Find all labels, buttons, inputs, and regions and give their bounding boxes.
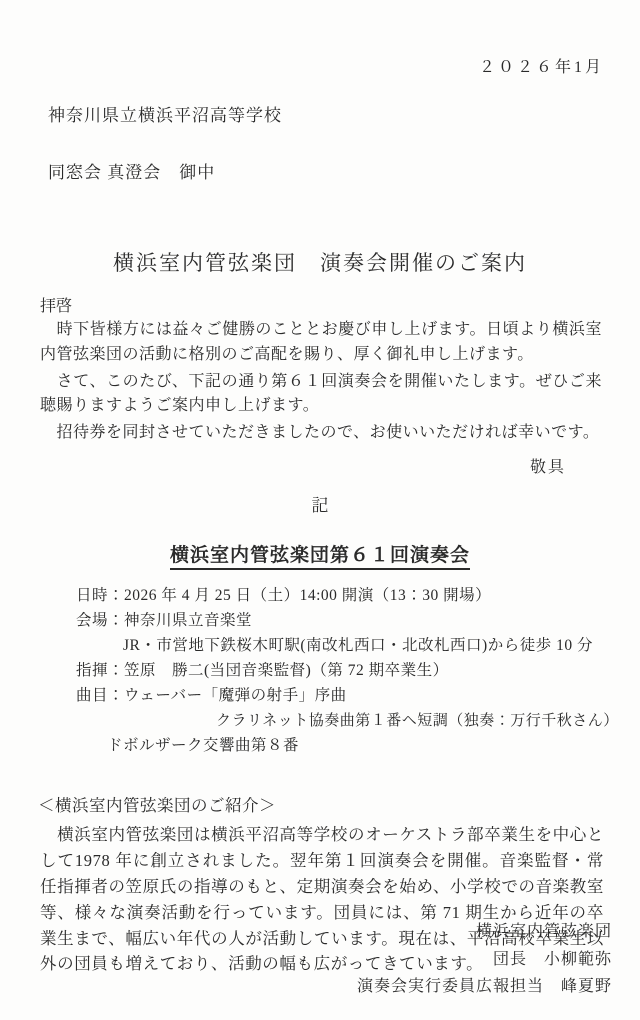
- letter-date: ２０２６年1月: [36, 54, 604, 77]
- concert-datetime: 日時：2026 年 4 月 25 日（土）14:00 開演（13：30 開場）: [76, 583, 604, 608]
- concert-venue: 会場：神奈川県立音楽堂: [76, 608, 604, 633]
- concert-details: 日時：2026 年 4 月 25 日（土）14:00 開演（13：30 開場） …: [36, 583, 604, 758]
- greeting-paragraph: 時下皆様方には益々ご健勝のこととお慶び申し上げます。日頃より横浜室内管弦楽団の活…: [36, 318, 604, 368]
- signature-organization: 横浜室内管弦楽団: [357, 918, 612, 946]
- salutation: 拝啓: [36, 293, 604, 316]
- letter-title: 横浜室内管弦楽団 演奏会開催のご案内: [36, 247, 604, 277]
- recipient-school: 神奈川県立横浜平沼高等学校: [36, 101, 604, 126]
- signature-leader: 団長 小柳範弥: [357, 946, 612, 974]
- concert-conductor: 指揮：笠原 勝二(当団音楽監督)（第 72 期卒業生）: [76, 658, 604, 683]
- orchestra-intro-heading: ＜横浜室内管弦楽団のご紹介＞: [36, 792, 604, 816]
- closing-word: 敬具: [36, 454, 604, 477]
- recipient-association: 同窓会 真澄会 御中: [36, 158, 604, 183]
- announcement-paragraph: さて、このたび、下記の通り第６１回演奏会を開催いたします。ぜひご来聴賜りますよう…: [36, 370, 604, 420]
- concert-heading-text: 横浜室内管弦楽団第６１回演奏会: [170, 545, 470, 570]
- concert-heading: 横浜室内管弦楽団第６１回演奏会: [36, 540, 604, 567]
- signature-block: 横浜室内管弦楽団 団長 小柳範弥 演奏会実行委員広報担当 峰夏野: [357, 918, 612, 1001]
- concert-program-1: 曲目：ウェーバー「魔弾の射手」序曲: [76, 683, 604, 708]
- letter-page: ２０２６年1月 神奈川県立横浜平沼高等学校 同窓会 真澄会 御中 横浜室内管弦楽…: [0, 0, 640, 1020]
- invitation-ticket-paragraph: 招待券を同封させていただきましたので、お使いいただければ幸いです。: [36, 421, 604, 446]
- signature-pr-contact: 演奏会実行委員広報担当 峰夏野: [357, 973, 612, 1001]
- concert-program-3: ドボルザーク交響曲第８番: [76, 733, 604, 758]
- letter-content: ２０２６年1月 神奈川県立横浜平沼高等学校 同窓会 真澄会 御中 横浜室内管弦楽…: [0, 54, 640, 977]
- concert-program-2: クラリネット協奏曲第１番ヘ短調（独奏：万行千秋さん）: [76, 709, 604, 733]
- record-marker: 記: [36, 491, 604, 516]
- concert-access: JR・市営地下鉄桜木町駅(南改札西口・北改札西口)から徒歩 10 分: [76, 633, 604, 658]
